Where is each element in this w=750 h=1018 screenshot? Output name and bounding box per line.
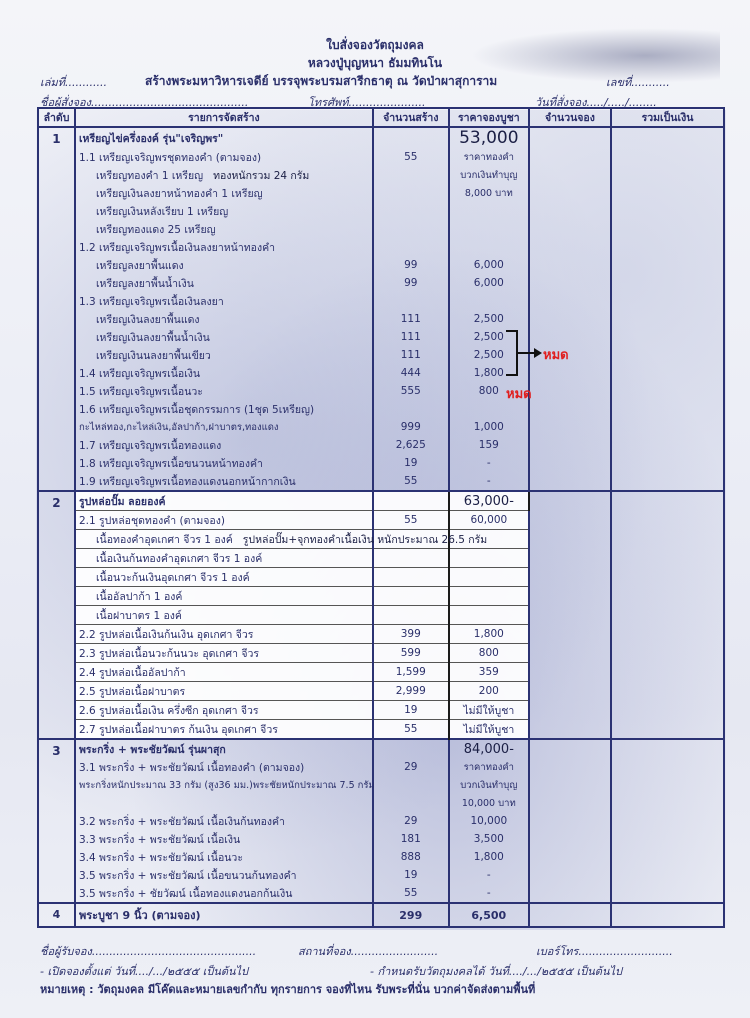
item-label: เนื้อนวะก้นเงินอุดเกศา จีวร 1 องค์ — [96, 572, 250, 584]
price-value — [449, 238, 529, 256]
total-amount-input[interactable] — [611, 739, 724, 903]
total-amount-input[interactable] — [611, 127, 724, 491]
section-title: รูปหล่อปั๊ม ลอยองค์ — [75, 491, 373, 511]
item-name: 1.6 เหรียญเจริญพรเนื้อชุดกรรมการ (1ชุด 5… — [75, 400, 373, 418]
booked-qty-input[interactable] — [529, 491, 611, 739]
price-value: 60,000 — [449, 511, 529, 530]
set-price-value: 53,000 — [459, 128, 518, 148]
section-price: 63,000- — [449, 491, 529, 511]
qty-value — [373, 238, 449, 256]
item-label: 2.4 รูปหล่อเนื้ออัลปาก้า — [79, 667, 186, 679]
item-name: 3.5 พระกริ่ง + ชัยวัฒน์ เนื้อทองแดงนอกก้… — [75, 884, 373, 903]
col-header-price: ราคาจองบูชา — [449, 108, 529, 127]
section-price: 84,000- — [449, 739, 529, 758]
price-value: 10,000 บาท — [449, 794, 529, 812]
item-name: เหรียญเงินลงยาพื้นน้ำเงิน — [75, 328, 373, 346]
qty-value: 19 — [373, 454, 449, 472]
price-value: - — [449, 866, 529, 884]
open-date-text: - เปิดจองตั้งแต่ วันที่..../.../๒๕๕๕ เป็… — [40, 962, 248, 980]
receiver-field[interactable]: ชื่อผู้รับจอง...........................… — [40, 942, 256, 960]
section-title-row: 2รูปหล่อปั๊ม ลอยองค์63,000- — [38, 491, 724, 511]
item-name: เนื้อนวะก้นเงินอุดเกศา จีวร 1 องค์ — [75, 568, 373, 587]
col-header-booked: จำนวนจอง — [529, 108, 611, 127]
qty-value: 55 — [373, 472, 449, 491]
section-title-row: 1เหรียญไข่ครึ่งองค์ รุ่น"เจริญพร"53,000 — [38, 127, 724, 148]
item-label: เหรียญลงยาพื้นน้ำเงิน — [96, 278, 194, 290]
qty-value: 19 — [373, 866, 449, 884]
qty-value: 55 — [373, 884, 449, 903]
price-value: บวกเงินทำบุญ — [449, 776, 529, 794]
item-label: 3.5 พระกริ่ง + ชัยวัฒน์ เนื้อทองแดงนอกก้… — [79, 888, 292, 900]
price-value: - — [449, 884, 529, 903]
item-label: 1.1 เหรียญเจริญพรชุดทองคำ (ตามจอง) — [79, 152, 261, 164]
item-label: 1.8 เหรียญเจริญพรเนื้อขนวนหน้าทองคำ — [79, 458, 263, 470]
form-title: ใบสั่งจองวัตถุมงคล — [0, 36, 750, 55]
section-number: 4 — [38, 903, 75, 927]
item-label: เนื้อฝาบาตร 1 องค์ — [96, 610, 182, 622]
arrow-right-icon — [534, 348, 542, 358]
item-label: 1.9 เหรียญเจริญพรเนื้อทองแดงนอกหน้ากากเง… — [79, 476, 296, 488]
item-label: 1.2 เหรียญเจริญพรเนื้อเงินลงยาหน้าทองคำ — [79, 242, 275, 254]
price-value — [449, 220, 529, 238]
item-name: 1.3 เหรียญเจริญพรเนื้อเงินลงยา — [75, 292, 373, 310]
price-value — [449, 568, 529, 587]
section-title: เหรียญไข่ครึ่งองค์ รุ่น"เจริญพร" — [75, 127, 373, 148]
price-value: 159 — [449, 436, 529, 454]
price-value — [449, 549, 529, 568]
section-number: 3 — [38, 739, 75, 903]
form-purpose: สร้างพระมหาวิหารเจดีย์ บรรจุพระบรมสารีกธ… — [145, 72, 497, 91]
price-value: 8,000 บาท — [449, 184, 529, 202]
item-name: 1.9 เหรียญเจริญพรเนื้อทองแดงนอกหน้ากากเง… — [75, 472, 373, 491]
item-name: เหรียญเงินลงยาหน้าทองคำ 1 เหรียญ — [75, 184, 373, 202]
item-label: เนื้ออัลปาก้า 1 องค์ — [96, 591, 182, 603]
item-name: 1.2 เหรียญเจริญพรเนื้อเงินลงยาหน้าทองคำ — [75, 238, 373, 256]
item-name: เหรียญลงยาพื้นแดง — [75, 256, 373, 274]
price-value: 800 — [449, 644, 529, 663]
qty-value: 1,599 — [373, 663, 449, 682]
price-value: 1,800 — [449, 625, 529, 644]
qty-cell — [373, 739, 449, 758]
remark-text: หมายเหตุ : วัตถุมงคล มีโค๊ดและหมายเลขกำก… — [40, 980, 535, 998]
price-value: ไม่มีให้บูชา — [449, 720, 529, 740]
serial-number-field[interactable]: เลขที่........... — [606, 73, 670, 91]
price-value: 6,000 — [449, 256, 529, 274]
item-label: เนื้อทองคำอุดเกศา จีวร 1 องค์ — [96, 534, 233, 546]
item-name: เนื้อทองคำอุดเกศา จีวร 1 องค์รูปหล่อปั๊ม… — [75, 530, 373, 549]
item-label: 1.4 เหรียญเจริญพรเนื้อเงิน — [79, 368, 200, 380]
booked-qty-input[interactable] — [529, 739, 611, 903]
col-header-no: ลำดับ — [38, 108, 75, 127]
qty-value: 29 — [373, 758, 449, 776]
price-value: 3,500 — [449, 830, 529, 848]
item-name: 3.3 พระกริ่ง + พระชัยวัฒน์ เนื้อเงิน — [75, 830, 373, 848]
item-label: เนื้อเงินก้นทองคำอุดเกศา จีวร 1 องค์ — [96, 553, 262, 565]
qty-value: 2,625 — [373, 436, 449, 454]
item-label: 3.2 พระกริ่ง + พระชัยวัฒน์ เนื้อเงินก้นท… — [79, 816, 285, 828]
booked-qty-input[interactable] — [529, 127, 611, 491]
price-value: ไม่มีให้บูชา — [449, 701, 529, 720]
qty-value — [373, 776, 449, 794]
item-label: 2.3 รูปหล่อเนื้อนวะก้นนวะ อุดเกศา จีวร — [79, 648, 259, 660]
qty-value — [373, 220, 449, 238]
qty-value — [373, 184, 449, 202]
price-value: 1,000 — [449, 418, 529, 436]
item-label: เหรียญเงินนลงยาพื้นเขียว — [96, 350, 211, 362]
item-name: เนื้อฝาบาตร 1 องค์ — [75, 606, 373, 625]
qty-value — [373, 292, 449, 310]
item-name: กะไหล่ทอง,กะไหล่เงิน,อัลปาก้า,ฝาบาตร,ทอง… — [75, 418, 373, 436]
qty-value: 555 — [373, 382, 449, 400]
qty-value: 299 — [373, 903, 449, 927]
sold-out-label: หมด — [543, 344, 569, 365]
qty-value — [373, 166, 449, 184]
qty-value: 999 — [373, 418, 449, 436]
item-label: เหรียญทองแดง 25 เหรียญ — [96, 224, 216, 236]
item-name: 2.3 รูปหล่อเนื้อนวะก้นนวะ อุดเกศา จีวร — [75, 644, 373, 663]
item-label: เหรียญเงินลงยาพื้นน้ำเงิน — [96, 332, 210, 344]
sold-out-label-1-4: หมด — [506, 383, 532, 404]
item-name: 2.5 รูปหล่อเนื้อฝาบาตร — [75, 682, 373, 701]
qty-value — [373, 549, 449, 568]
booked-qty-input[interactable] — [529, 903, 611, 927]
item-name: 3.1 พระกริ่ง + พระชัยวัฒน์ เนื้อทองคำ (ต… — [75, 758, 373, 776]
pickup-date-text: - กำหนดรับวัตถุมงคลได้ วันที่..../.../๒๕… — [370, 962, 622, 980]
item-name: เหรียญลงยาพื้นน้ำเงิน — [75, 274, 373, 292]
item-name: 3.5 พระกริ่ง + พระชัยวัฒน์ เนื้อขนวนก้นท… — [75, 866, 373, 884]
qty-value — [373, 400, 449, 418]
item-name: 2.7 รูปหล่อเนื้อฝาบาตร ก้นเงิน อุดเกศา จ… — [75, 720, 373, 740]
price-value — [449, 292, 529, 310]
item-name: พระกริ่งหนักประมาณ 33 กรัม (สูง36 มม.)พร… — [75, 776, 373, 794]
total-amount-input[interactable] — [611, 903, 724, 927]
item-name — [75, 794, 373, 812]
qty-value: 599 — [373, 644, 449, 663]
item-name: 2.6 รูปหล่อเนื้อเงิน ครึ่งซีก อุดเกศา จี… — [75, 701, 373, 720]
item-label: เหรียญลงยาพื้นแดง — [96, 260, 184, 272]
price-value: 200 — [449, 682, 529, 701]
item-label: 3.5 พระกริ่ง + พระชัยวัฒน์ เนื้อขนวนก้นท… — [79, 870, 297, 882]
item-name: เหรียญเงินลงยาพื้นแดง — [75, 310, 373, 328]
price-value: ราคาทองคำ — [449, 758, 529, 776]
item-label: เหรียญเงินหลังเรียบ 1 เหรียญ — [96, 206, 228, 218]
item-label: กะไหล่ทอง,กะไหล่เงิน,อัลปาก้า,ฝาบาตร,ทอง… — [79, 422, 279, 433]
order-table: ลำดับ รายการจัดสร้าง จำนวนสร้าง ราคาจองบ… — [37, 107, 725, 928]
item-label: เหรียญเงินลงยาหน้าทองคำ 1 เหรียญ — [96, 188, 263, 200]
price-value: - — [449, 472, 529, 491]
price-value: - — [449, 454, 529, 472]
price-value: 6,000 — [449, 274, 529, 292]
item-label: พระกริ่งหนักประมาณ 33 กรัม (สูง36 มม.)พร… — [79, 780, 375, 791]
qty-value: 181 — [373, 830, 449, 848]
section-title-row: 3พระกริ่ง + พระชัยวัฒน์ รุ่นผาสุก84,000- — [38, 739, 724, 758]
col-header-total: รวมเป็นเงิน — [611, 108, 724, 127]
qty-value: 55 — [373, 511, 449, 530]
qty-value — [373, 587, 449, 606]
item-label: 1.6 เหรียญเจริญพรเนื้อชุดกรรมการ (1ชุด 5… — [79, 404, 314, 416]
qty-value — [373, 568, 449, 587]
item-name: 1.8 เหรียญเจริญพรเนื้อขนวนหน้าทองคำ — [75, 454, 373, 472]
item-label: 3.3 พระกริ่ง + พระชัยวัฒน์ เนื้อเงิน — [79, 834, 240, 846]
qty-value: 29 — [373, 812, 449, 830]
item-name: 2.1 รูปหล่อชุดทองคำ (ตามจอง) — [75, 511, 373, 530]
item-name: 1.7 เหรียญเจริญพรเนื้อทองแดง — [75, 436, 373, 454]
price-value: 1,800 — [449, 848, 529, 866]
section-number: 1 — [38, 127, 75, 491]
set-price: 53,000 — [449, 127, 529, 148]
price-value — [449, 606, 529, 625]
qty-value: 888 — [373, 848, 449, 866]
qty-value: 19 — [373, 701, 449, 720]
receiver-phone-field[interactable]: เบอร์โทร........................... — [536, 942, 673, 960]
qty-value: 444 — [373, 364, 449, 382]
item-name: เหรียญทองแดง 25 เหรียญ — [75, 220, 373, 238]
item-name: 3.4 พระกริ่ง + พระชัยวัฒน์ เนื้อนวะ — [75, 848, 373, 866]
qty-value — [373, 606, 449, 625]
section-title: พระบูชา 9 นิ้ว (ตามจอง) — [75, 903, 373, 927]
book-number-field[interactable]: เล่มที่............ — [40, 73, 107, 91]
price-value: 10,000 — [449, 812, 529, 830]
qty-value — [373, 202, 449, 220]
item-name: 3.2 พระกริ่ง + พระชัยวัฒน์ เนื้อเงินก้นท… — [75, 812, 373, 830]
item-name: เนื้ออัลปาก้า 1 องค์ — [75, 587, 373, 606]
item-name: เนื้อเงินก้นทองคำอุดเกศา จีวร 1 องค์ — [75, 549, 373, 568]
table-row-section-4: 4พระบูชา 9 นิ้ว (ตามจอง)2996,500 — [38, 903, 724, 927]
qty-value: 55 — [373, 148, 449, 166]
item-label: 2.6 รูปหล่อเนื้อเงิน ครึ่งซีก อุดเกศา จี… — [79, 705, 259, 717]
item-label: 1.7 เหรียญเจริญพรเนื้อทองแดง — [79, 440, 221, 452]
section-title: พระกริ่ง + พระชัยวัฒน์ รุ่นผาสุก — [75, 739, 373, 758]
item-name: 1.1 เหรียญเจริญพรชุดทองคำ (ตามจอง) — [75, 148, 373, 166]
item-name: เหรียญทองคำ 1 เหรียญทองหนักรวม 24 กรัม — [75, 166, 373, 184]
item-label: 2.5 รูปหล่อเนื้อฝาบาตร — [79, 686, 185, 698]
table-header-row: ลำดับ รายการจัดสร้าง จำนวนสร้าง ราคาจองบ… — [38, 108, 724, 127]
qty-value: 55 — [373, 720, 449, 740]
price-value: ราคาทองคำ — [449, 148, 529, 166]
col-header-item: รายการจัดสร้าง — [75, 108, 373, 127]
price-value: 2,500 — [449, 310, 529, 328]
qty-value: 399 — [373, 625, 449, 644]
item-label: 3.1 พระกริ่ง + พระชัยวัฒน์ เนื้อทองคำ (ต… — [79, 762, 304, 774]
qty-value: 99 — [373, 256, 449, 274]
qty-cell — [373, 127, 449, 148]
total-amount-input[interactable] — [611, 491, 724, 739]
qty-value — [373, 794, 449, 812]
item-name: 1.5 เหรียญเจริญพรเนื้อนวะ — [75, 382, 373, 400]
item-note: ทองหนักรวม 24 กรัม — [213, 170, 309, 182]
item-label: 1.3 เหรียญเจริญพรเนื้อเงินลงยา — [79, 296, 224, 308]
booking-place-field[interactable]: สถานที่จอง......................... — [298, 942, 438, 960]
item-label: 2.1 รูปหล่อชุดทองคำ (ตามจอง) — [79, 515, 225, 527]
item-name: 2.2 รูปหล่อเนื้อเงินก้นเงิน อุดเกศา จีวร — [75, 625, 373, 644]
item-name: 1.4 เหรียญเจริญพรเนื้อเงิน — [75, 364, 373, 382]
item-name: เหรียญเงินนลงยาพื้นเขียว — [75, 346, 373, 364]
qty-value: 2,999 — [373, 682, 449, 701]
price-value — [449, 587, 529, 606]
item-note: รูปหล่อปั๊ม+จุกทองคำเนื้อเงิน หนักประมาณ… — [243, 534, 487, 546]
price-value — [449, 202, 529, 220]
qty-cell — [373, 491, 449, 511]
item-name: 2.4 รูปหล่อเนื้ออัลปาก้า — [75, 663, 373, 682]
price-value: 6,500 — [449, 903, 529, 927]
item-label: 3.4 พระกริ่ง + พระชัยวัฒน์ เนื้อนวะ — [79, 852, 243, 864]
price-value: บวกเงินทำบุญ — [449, 166, 529, 184]
qty-value: 111 — [373, 328, 449, 346]
col-header-qty: จำนวนสร้าง — [373, 108, 449, 127]
item-label: 2.2 รูปหล่อเนื้อเงินก้นเงิน อุดเกศา จีวร — [79, 629, 253, 641]
form-subtitle: หลวงปู่บุญหนา ธัมมทินโน — [0, 54, 750, 73]
item-label: 1.5 เหรียญเจริญพรเนื้อนวะ — [79, 386, 203, 398]
price-value: 359 — [449, 663, 529, 682]
qty-value: 111 — [373, 346, 449, 364]
qty-value: 111 — [373, 310, 449, 328]
item-name: เหรียญเงินหลังเรียบ 1 เหรียญ — [75, 202, 373, 220]
item-label: 2.7 รูปหล่อเนื้อฝาบาตร ก้นเงิน อุดเกศา จ… — [79, 724, 278, 736]
item-label: เหรียญทองคำ 1 เหรียญ — [96, 170, 203, 182]
item-label: เหรียญเงินลงยาพื้นแดง — [96, 314, 200, 326]
section-number: 2 — [38, 491, 75, 739]
qty-value: 99 — [373, 274, 449, 292]
arrow-line — [516, 352, 536, 354]
